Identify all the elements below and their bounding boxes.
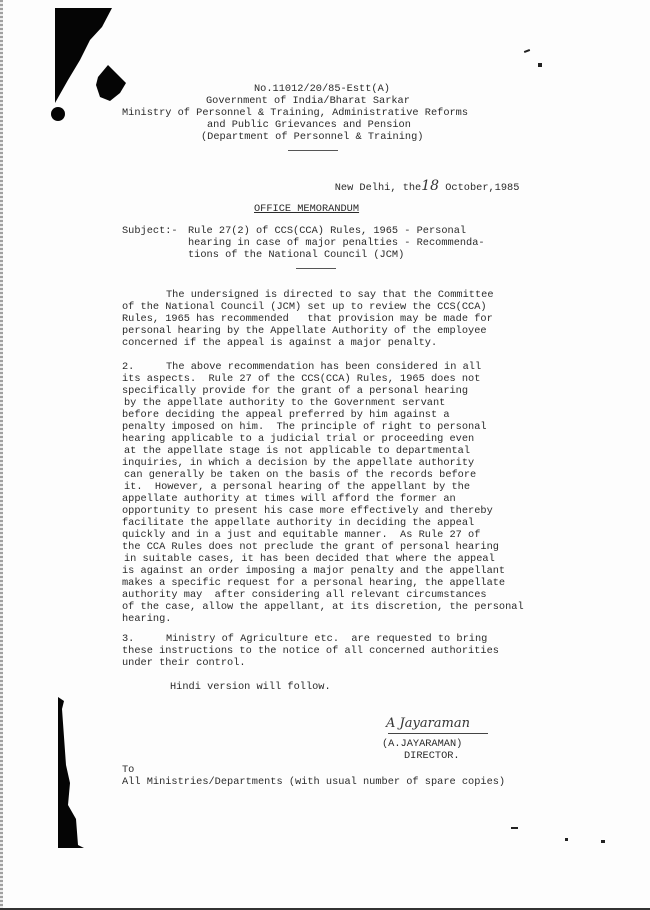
p2-line: penalty imposed on him. The principle of… [122,421,487,433]
ministry-line-1: Ministry of Personnel & Training, Admini… [122,107,468,119]
p2-line: before deciding the appeal preferred by … [122,409,450,421]
dateline: New Delhi, the18 October,1985 [310,168,519,206]
to-label: To [122,764,134,776]
subject-rule [296,268,336,269]
signatory-name: (A.JAYARAMAN) [382,738,462,750]
p1-line: concerned if the appeal is against a maj… [122,337,437,349]
p1-line: The undersigned is directed to say that … [166,289,494,301]
p1-line: personal hearing by the Appellate Author… [122,325,487,337]
recipients-line: All Ministries/Departments (with usual n… [122,776,505,788]
p3-line: under their control. [122,657,246,669]
p3-line: Ministry of Agriculture etc. are request… [166,633,487,645]
scanned-document-page: No.11012/20/85-Estt(A) Government of Ind… [0,0,650,910]
p2-line: hearing. [122,613,171,625]
signature-underline [388,733,488,734]
p3-number: 3. [122,633,134,645]
p2-line: appellate authority at times will afford… [122,493,456,505]
p2-line: opportunity to present his case more eff… [122,505,493,517]
memo-title: OFFICE MEMORANDUM [254,203,359,215]
scan-blot-bottom-left [56,695,86,855]
hindi-version-note: Hindi version will follow. [170,681,331,693]
p2-line: at the appellate stage is not applicable… [124,445,470,457]
subject-line-1: Rule 27(2) of CCS(CCA) Rules, 1965 - Per… [188,225,466,237]
p2-line: facilitate the appellate authority in de… [122,517,474,529]
p2-line: inquiries, in which a decision by the ap… [122,457,474,469]
p2-line: hearing applicable to a judicial trial o… [122,433,474,445]
p2-line: the CCA Rules does not preclude the gran… [122,541,499,553]
p3-line: these instructions to the notice of all … [122,645,499,657]
scan-speck [524,49,530,53]
p2-line: by the appellate authority to the Govern… [124,397,445,409]
subject-line-3: tions of the National Council (JCM) [188,249,404,261]
p2-line: is against an order imposing a major pen… [122,565,505,577]
p2-line: specifically provide for the grant of a … [122,385,468,397]
subject-line-2: hearing in case of major penalties - Rec… [188,237,485,249]
p2-line: it. However, a personal hearing of the a… [124,481,470,493]
p2-line: of the case, allow the appellant, at its… [122,601,524,613]
p1-line: Rules, 1965 has recommended that provisi… [122,313,493,325]
scan-speck [601,840,605,843]
header-rule [288,150,338,151]
p2-line: in suitable cases, it has been decided t… [124,553,495,565]
p2-line: The above recommendation has been consid… [166,361,481,373]
scan-speck [565,838,568,841]
scan-edge-left [0,0,3,910]
scan-speck [538,63,542,67]
p2-line: authority may after considering all rele… [122,589,487,601]
p2-number: 2. [122,361,134,373]
subject-label: Subject:- [122,225,178,237]
scan-speck [511,827,518,829]
file-number: No.11012/20/85-Estt(A) [254,83,390,95]
government-name: Government of India/Bharat Sarkar [206,95,410,107]
p2-line: can generally be taken on the basis of t… [124,469,476,481]
p2-line: its aspects. Rule 27 of the CCS(CCA) Rul… [122,373,480,385]
handwritten-signature: A Jayaraman [386,716,470,731]
department-name: (Department of Personnel & Training) [201,131,423,143]
p2-line: makes a specific request for a personal … [122,577,505,589]
signatory-designation: DIRECTOR. [404,750,460,762]
p2-line: quickly and in a just and equitable mann… [122,529,480,541]
p1-line: of the National Council (JCM) set up to … [122,301,487,313]
ministry-line-2: and Public Grievances and Pension [207,119,411,131]
handwritten-date: 18 [421,178,439,194]
dateline-month-year: October,1985 [445,182,519,194]
dateline-place: New Delhi, the [335,182,422,194]
